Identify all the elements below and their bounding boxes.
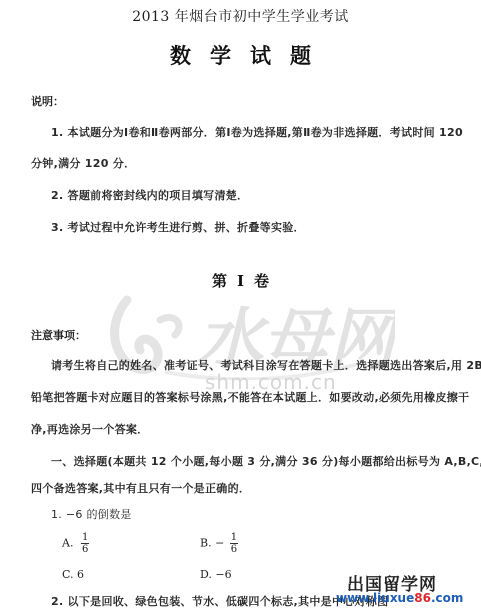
notes-line-3: 净,再选涂另一个答案． [31, 421, 148, 437]
instruction-item-1-cont: 分钟,满分 120 分． [31, 155, 135, 171]
page-title: 数学试题 [0, 40, 481, 70]
question-1-option-a: A. 1 6 [62, 532, 89, 555]
instructions-label: 说明： [31, 93, 64, 109]
instruction-item-2: 2. 答题前将密封线内的项目填写清楚． [51, 187, 248, 203]
part-one-instructions: 一、选择题(本题共 12 个小题,每小题 3 分,满分 36 分)每小题都给出标… [51, 453, 481, 469]
option-a-label: A. [62, 537, 73, 550]
instruction-item-3: 3. 考试过程中允许考生进行剪、拼、折叠等实验． [51, 219, 305, 235]
option-b-fraction: 1 6 [230, 532, 238, 555]
option-a-fraction: 1 6 [81, 532, 89, 555]
question-1-stem: 1. −6 的倒数是 [51, 506, 132, 522]
instruction-item-1: 1. 本试题分为Ⅰ卷和Ⅱ卷两部分．第Ⅰ卷为选择题,第Ⅱ卷为非选择题．考试时间 1… [51, 124, 463, 140]
exam-page: 2013 年烟台市初中学生学业考试 数学试题 说明： 1. 本试题分为Ⅰ卷和Ⅱ卷… [0, 0, 481, 610]
question-1-option-b: B. − 1 6 [200, 532, 238, 555]
notes-line-1: 请考生将自己的姓名、准考证号、考试科目涂写在答题卡上．选择题选出答案后,用 2B [51, 357, 481, 373]
question-1-option-c: C. 6 [62, 568, 84, 581]
notes-line-2: 铅笔把答题卡对应题目的答案标号涂黑,不能答在本试题上．如要改动,必须先用橡皮擦干 [31, 389, 469, 405]
section-title: 第Ⅰ卷 [0, 270, 481, 291]
question-1-option-d: D. −6 [200, 568, 232, 581]
part-one-instructions-cont: 四个备选答案,其中有且只有一个是正确的． [31, 480, 250, 496]
option-b-label: B. − [200, 537, 224, 550]
liuxue-watermark-url: www.liuxue86.com [336, 591, 463, 605]
notes-label: 注意事项： [31, 327, 86, 343]
exam-header-line: 2013 年烟台市初中学生学业考试 [0, 6, 481, 26]
